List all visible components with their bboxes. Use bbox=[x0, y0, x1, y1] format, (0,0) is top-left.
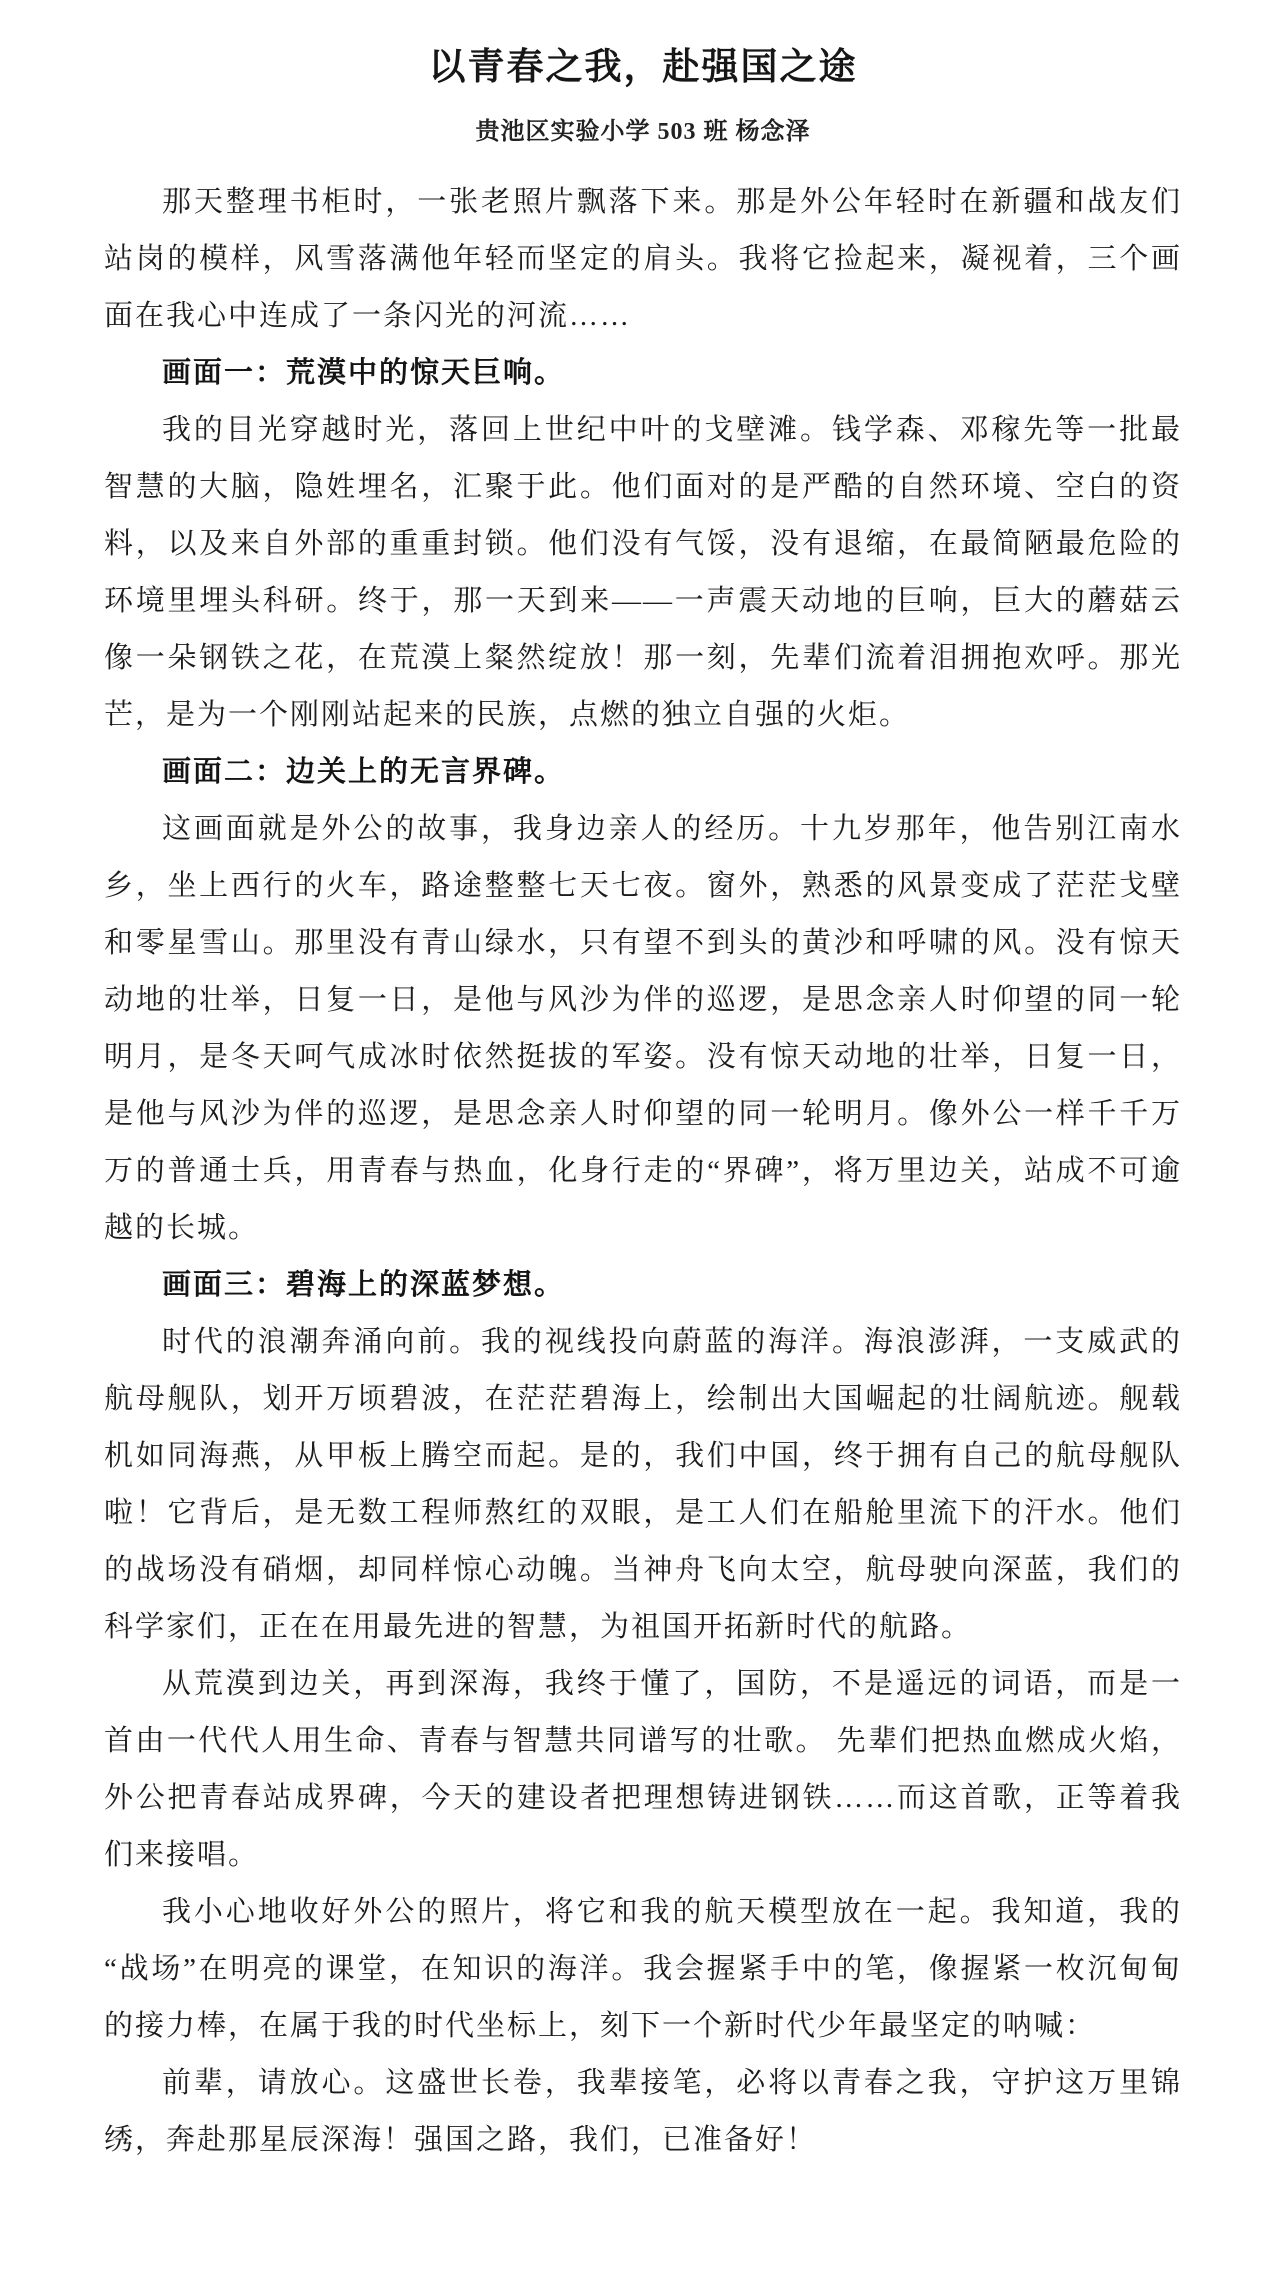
paragraph: 我的目光穿越时光，落回上世纪中叶的戈壁滩。钱学森、邓稼先等一批最智慧的大脑，隐姓… bbox=[104, 402, 1182, 744]
essay-byline: 贵池区实验小学 503 班 杨念泽 bbox=[104, 116, 1182, 148]
paragraph: 时代的浪潮奔涌向前。我的视线投向蔚蓝的海洋。海浪澎湃，一支威武的航母舰队，划开万… bbox=[104, 1314, 1182, 1656]
paragraph: 我小心地收好外公的照片，将它和我的航天模型放在一起。我知道，我的“战场”在明亮的… bbox=[104, 1884, 1182, 2055]
section-heading: 画面一：荒漠中的惊天巨响。 bbox=[104, 345, 1182, 402]
document-body: 那天整理书柜时，一张老照片飘落下来。那是外公年轻时在新疆和战友们站岗的模样，风雪… bbox=[104, 174, 1182, 2169]
paragraph: 这画面就是外公的故事，我身边亲人的经历。十九岁那年，他告别江南水乡，坐上西行的火… bbox=[104, 801, 1182, 1257]
essay-page: 以青春之我，赴强国之途 贵池区实验小学 503 班 杨念泽 那天整理书柜时，一张… bbox=[0, 0, 1280, 2282]
paragraph: 那天整理书柜时，一张老照片飘落下来。那是外公年轻时在新疆和战友们站岗的模样，风雪… bbox=[104, 174, 1182, 345]
section-heading: 画面二：边关上的无言界碑。 bbox=[104, 744, 1182, 801]
section-heading: 画面三：碧海上的深蓝梦想。 bbox=[104, 1257, 1182, 1314]
paragraph: 从荒漠到边关，再到深海，我终于懂了，国防，不是遥远的词语，而是一首由一代代人用生… bbox=[104, 1656, 1182, 1884]
essay-title: 以青春之我，赴强国之途 bbox=[104, 42, 1182, 92]
paragraph: 前辈，请放心。这盛世长卷，我辈接笔，必将以青春之我，守护这万里锦绣，奔赴那星辰深… bbox=[104, 2055, 1182, 2169]
